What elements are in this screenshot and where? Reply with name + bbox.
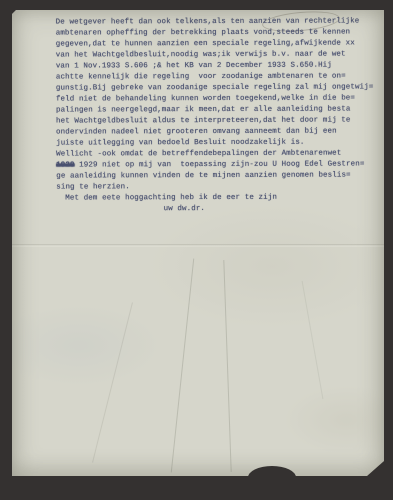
struck-text: 1929: [56, 161, 74, 169]
letter-sheet: De wetgever heeft dan ook telkens,als te…: [12, 10, 384, 476]
letter-body: De wetgever heeft dan ook telkens,als te…: [56, 16, 373, 215]
fold-crease: [12, 244, 384, 247]
letter-line: uw dw.dr.: [56, 203, 372, 215]
letter-line: ondervinden nadeel niet grooteren omvang…: [56, 126, 372, 138]
photo-backdrop: { "colors": { "backdrop": "#343130", "pa…: [0, 0, 393, 500]
paper-crease: [302, 281, 324, 399]
paper-crease: [92, 302, 133, 462]
paper-crease: [223, 260, 231, 472]
paper-crease: [171, 259, 194, 473]
letter-line: ge aanleiding kunnen vinden de te mijnen…: [56, 170, 372, 182]
